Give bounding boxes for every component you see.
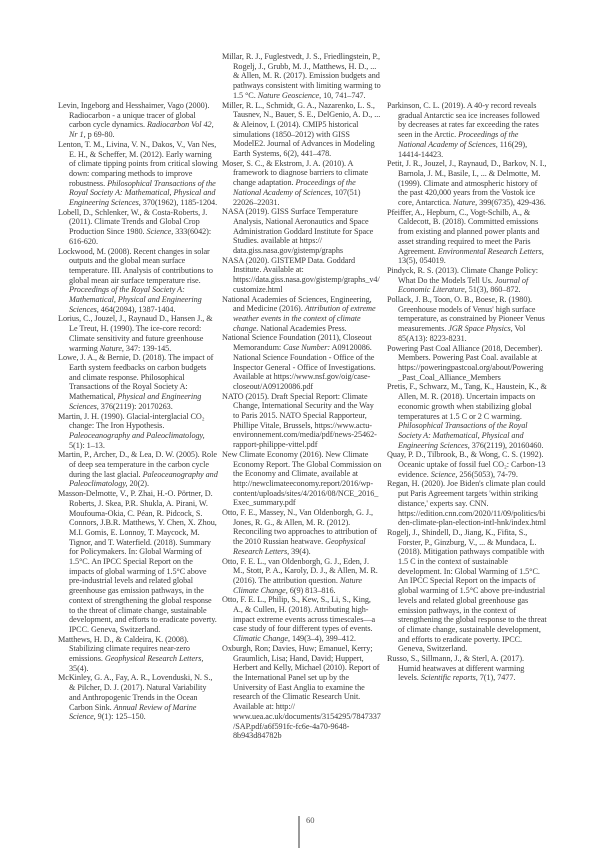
- reference-entry: Pollack, J. B., Toon, O. B., Boese, R. (…: [387, 295, 547, 344]
- reference-entry: Lobell, D., Schlenker, W., & Costa-Rober…: [58, 208, 218, 247]
- reference-entry: Rogelj, J., Shindell, D., Jiang, K., Fif…: [387, 528, 547, 654]
- reference-entry: National Science Foundation (2011), Clos…: [222, 333, 382, 391]
- reference-entry: Quay, P. D., Tilbrook, B., & Wong, C. S.…: [387, 450, 547, 479]
- reference-entry: Oxburgh, Ron; Davies, Huw; Emanuel, Kerr…: [222, 644, 382, 741]
- reference-entry: Levin, Ingeborg and Hesshaimer, Vago (20…: [58, 101, 218, 140]
- reference-entry: Lowe, J. A., & Bernie, D. (2018). The im…: [58, 353, 218, 411]
- references-column-2: Millar, R. J., Fuglestvedt, J. S., Fried…: [222, 52, 382, 741]
- reference-entry: Millar, R. J., Fuglestvedt, J. S., Fried…: [222, 52, 382, 101]
- reference-entry: New Climate Economy (2016). New Climate …: [222, 450, 382, 508]
- reference-entry: Lenton, T. M., Livina, V. N., Dakos, V.,…: [58, 140, 218, 208]
- reference-entry: Powering Past Coal Alliance (2018, Decem…: [387, 344, 547, 383]
- reference-entry: McKinley, G. A., Fay, A. R., Lovenduski,…: [58, 673, 218, 722]
- references-column-1: Levin, Ingeborg and Hesshaimer, Vago (20…: [58, 101, 218, 722]
- reference-entry: Miller, R. L., Schmidt, G. A., Nazarenko…: [222, 101, 382, 159]
- reference-entry: Masson-Delmotte, V., P. Zhai, H.-O. Pört…: [58, 489, 218, 635]
- reference-entry: Otto, F. E., Massey, N., Van Oldenborgh,…: [222, 508, 382, 557]
- references-column-3: Parkinson, C. L. (2019). A 40-y record r…: [387, 101, 547, 683]
- reference-entry: Martin, J. H. (1990). Glacial-interglaci…: [58, 412, 218, 451]
- reference-entry: Moser, S. C., & Ekstrom, J. A. (2010). A…: [222, 159, 382, 208]
- reference-entry: Parkinson, C. L. (2019). A 40-y record r…: [387, 101, 547, 159]
- reference-entry: Russo, S., Sillmann, J., & Sterl, A. (20…: [387, 654, 547, 683]
- reference-entry: Pretis, F., Schwarz, M., Tang, K., Haust…: [387, 382, 547, 450]
- reference-entry: Lorius, C., Jouzel, J., Raynaud D., Hans…: [58, 314, 218, 353]
- reference-entry: NASA (2020). GISTEMP Data. Goddard Insti…: [222, 256, 382, 295]
- reference-entry: Martin, P., Archer, D., & Lea, D. W. (20…: [58, 450, 218, 489]
- reference-entry: Petit, J. R., Jouzel, J., Raynaud, D., B…: [387, 159, 547, 208]
- page-number: 60: [299, 815, 315, 825]
- reference-entry: Pfeiffer, A., Hepburn, C., Vogt-Schilb, …: [387, 208, 547, 266]
- reference-entry: Matthews, H. D., & Caldeira, K. (2008). …: [58, 635, 218, 674]
- reference-entry: Regan, H. (2020). Joe Biden's climate pl…: [387, 479, 547, 528]
- reference-entry: Otto, F. E. L., Philip, S., Kew, S., Li,…: [222, 595, 382, 644]
- reference-entry: National Academies of Sciences, Engineer…: [222, 295, 382, 334]
- reference-entry: NASA (2019). GISS Surface Temperature An…: [222, 207, 382, 256]
- reference-entry: Pindyck, R. S. (2013). Climate Change Po…: [387, 266, 547, 295]
- reference-entry: Lockwood, M. (2008). Recent changes in s…: [58, 247, 218, 315]
- reference-entry: NATO (2015). Draft Special Report: Clima…: [222, 392, 382, 450]
- reference-entry: Otto, F. E. L., van Oldenborgh, G. J., E…: [222, 557, 382, 596]
